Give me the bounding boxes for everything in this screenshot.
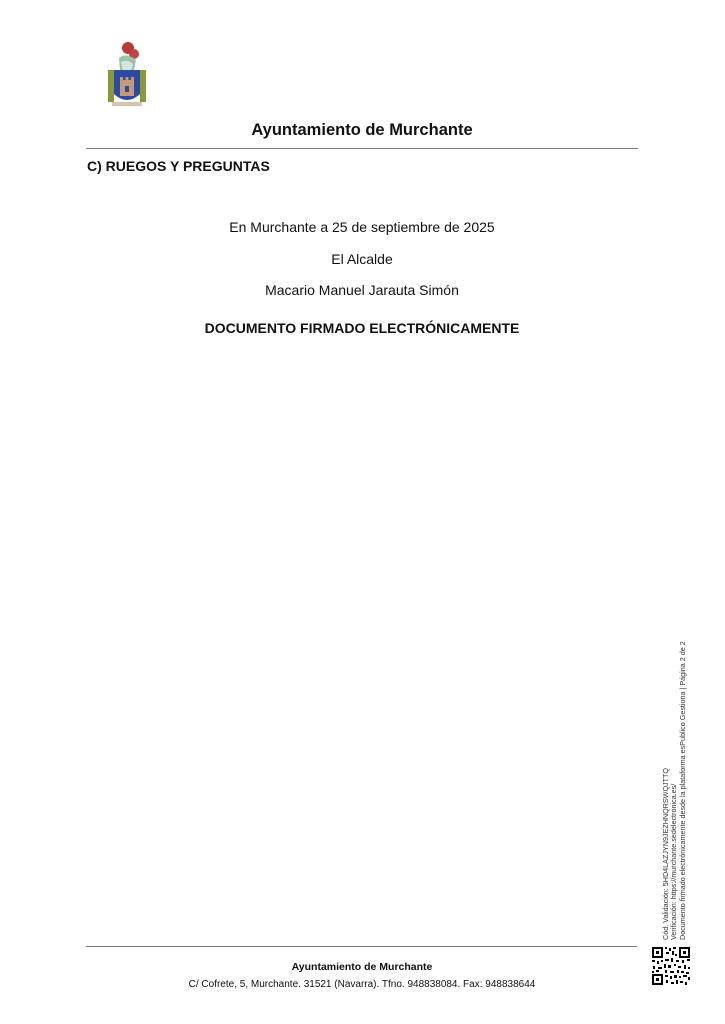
signer-role: El Alcalde <box>86 251 638 267</box>
header-divider <box>86 148 638 149</box>
validation-stamp: Cód. Validación: 5HD4LAZJYN9JEZHNQRSWQJT… <box>662 641 687 940</box>
electronic-signature-notice: DOCUMENTO FIRMADO ELECTRÓNICAMENTE <box>86 320 638 336</box>
coat-of-arms-logo <box>106 40 148 110</box>
footer-divider <box>86 946 637 947</box>
qr-code-icon <box>651 946 691 986</box>
footer-title: Ayuntamiento de Murchante <box>86 961 638 973</box>
signer-name: Macario Manuel Jarauta Simón <box>86 282 638 298</box>
signed-platform-note: Documento firmado electrónicamente desde… <box>679 641 687 940</box>
header-title: Ayuntamiento de Murchante <box>86 121 638 140</box>
place-date: En Murchante a 25 de septiembre de 2025 <box>86 219 638 235</box>
section-title: C) RUEGOS Y PREGUNTAS <box>87 158 270 174</box>
footer-address: C/ Cofrete, 5, Murchante. 31521 (Navarra… <box>86 979 638 990</box>
